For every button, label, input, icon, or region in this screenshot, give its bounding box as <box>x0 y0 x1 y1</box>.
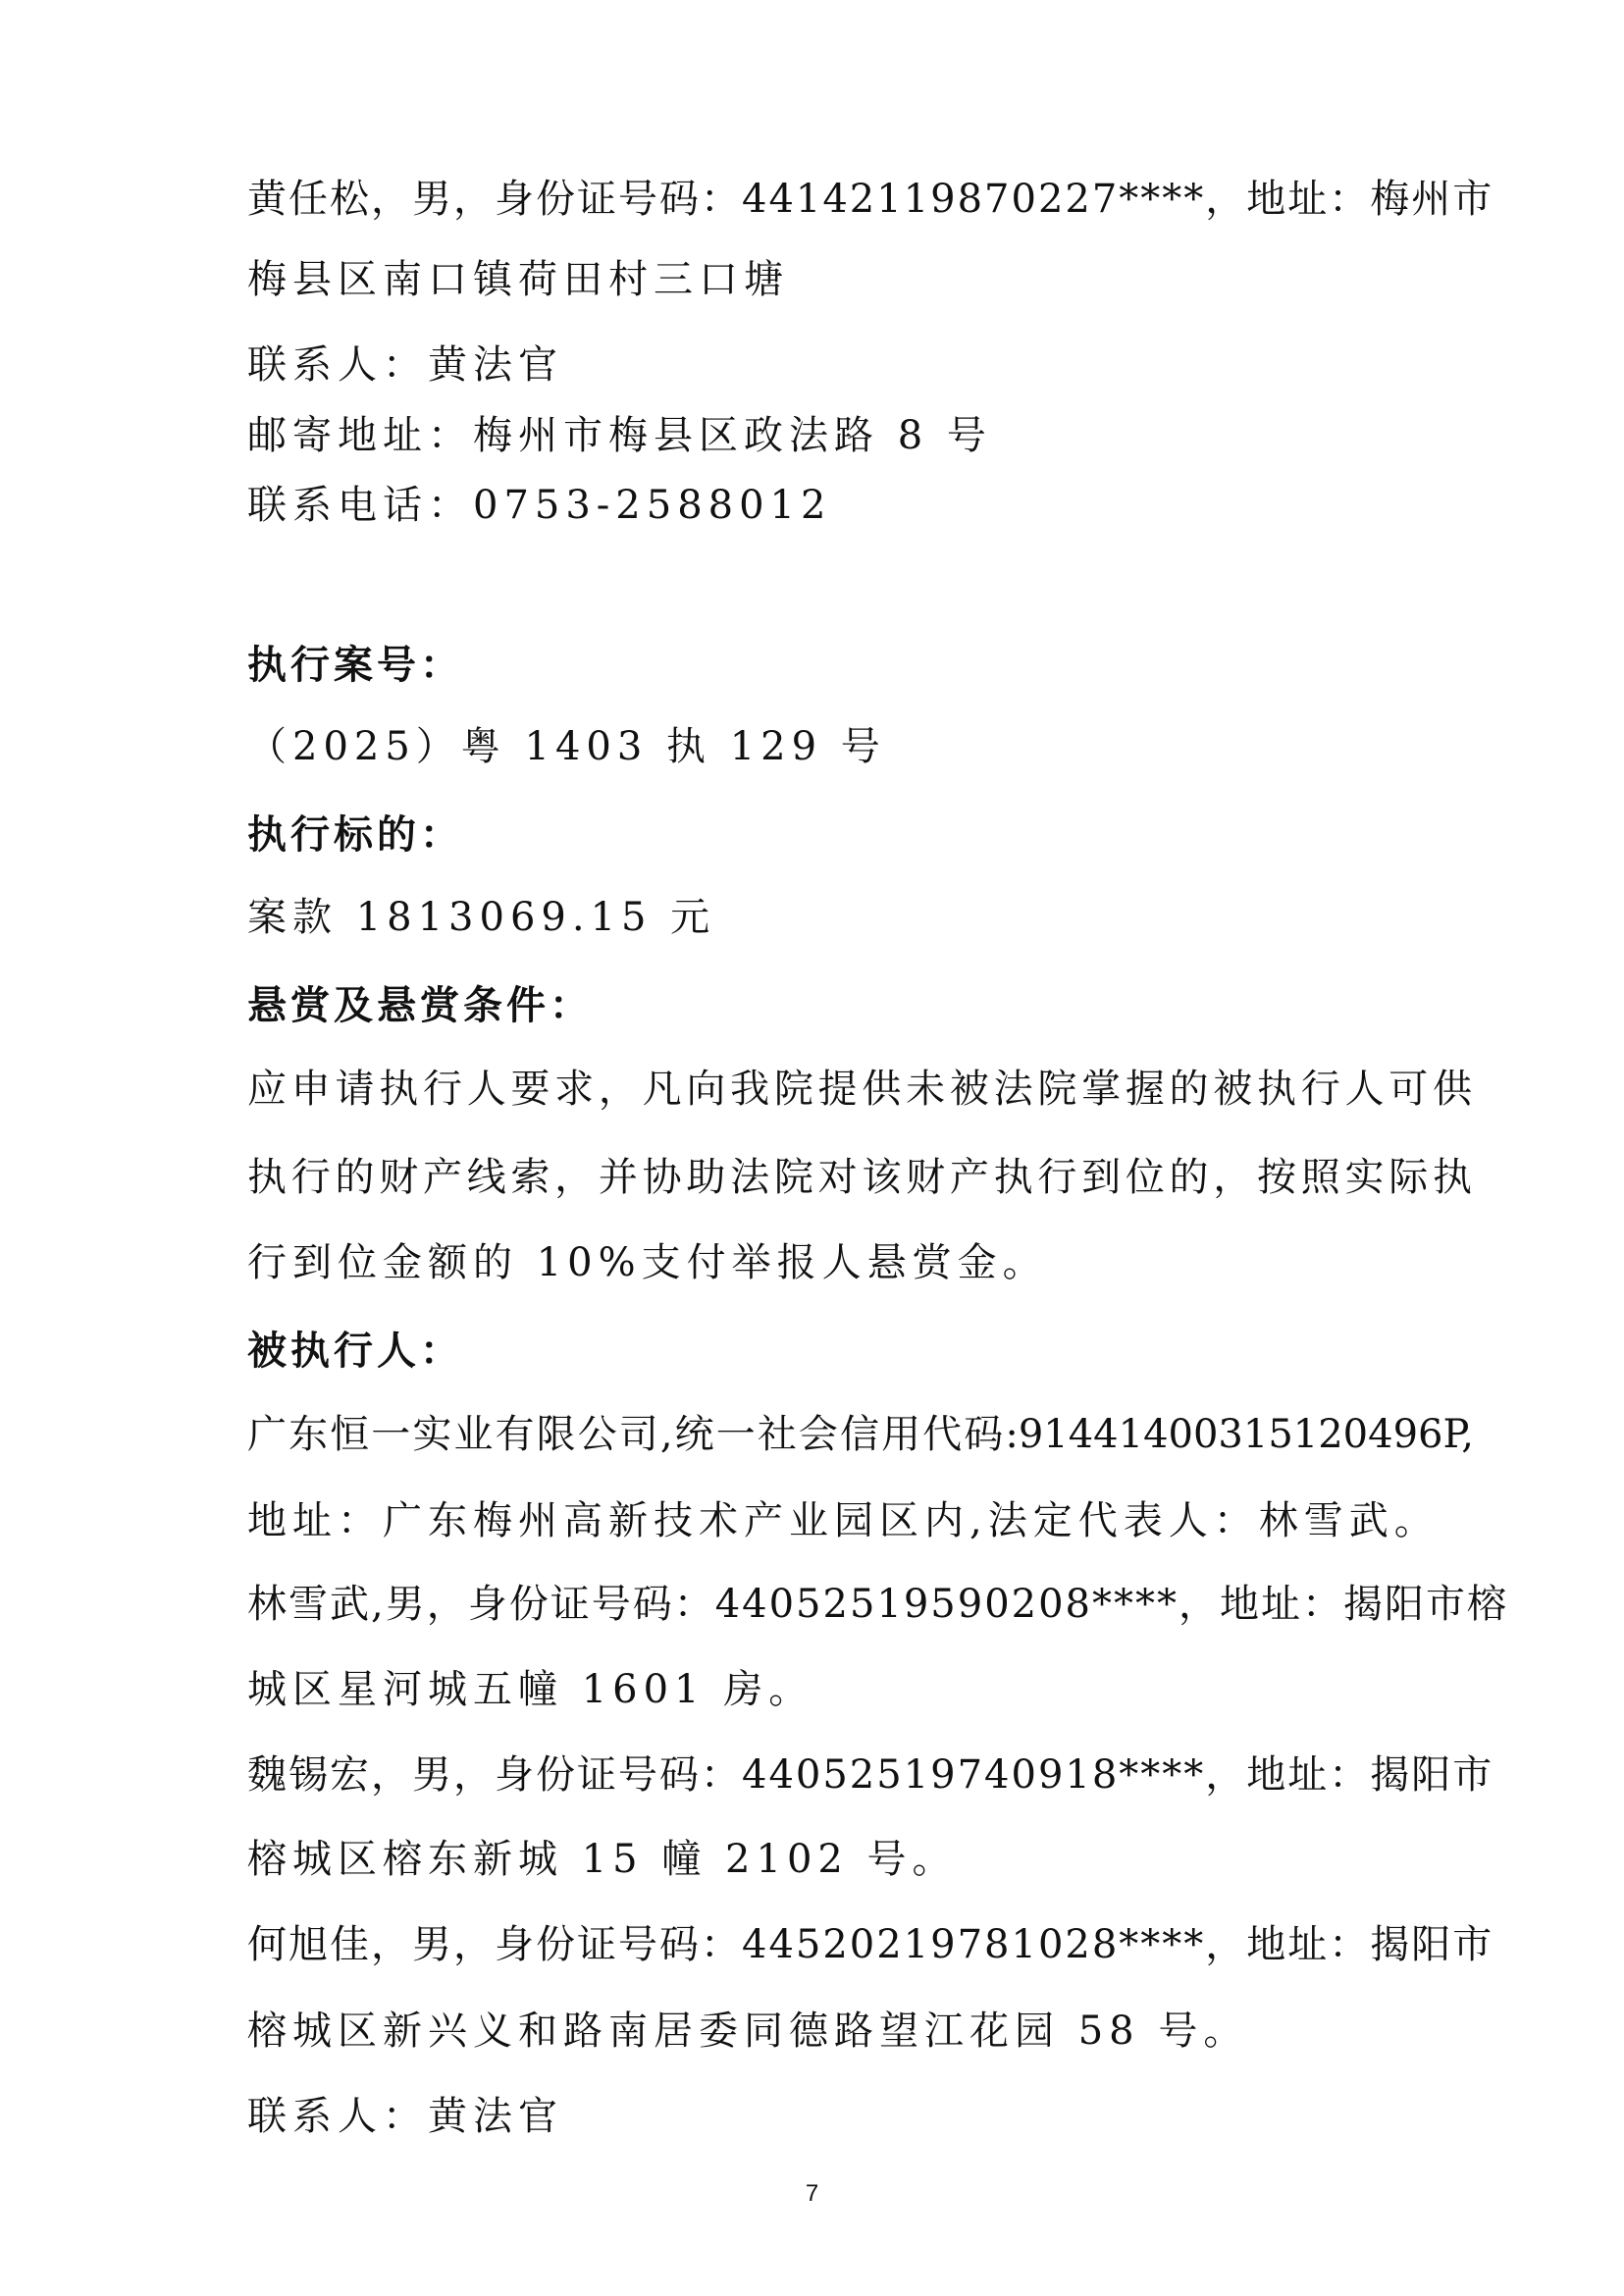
reward-line-3: 行到位金额的 10%支付举报人悬赏金。 <box>247 1239 1048 1286</box>
mailing-address: 邮寄地址：梅州市梅县区政法路 8 号 <box>247 412 992 459</box>
respondent-heading: 被执行人： <box>247 1328 463 1375</box>
respondent-company-line-1: 广东恒一实业有限公司,统一社会信用代码:91441400315120496P, <box>247 1411 1474 1458</box>
reward-heading: 悬赏及悬赏条件： <box>247 982 593 1029</box>
respondent-wei-line-2: 榕城区榕东新城 15 幢 2102 号。 <box>247 1836 958 1883</box>
respondent-huang-line-2: 梅县区南口镇荷田村三口塘 <box>247 256 789 303</box>
reward-line-2: 执行的财产线索，并协助法院对该财产执行到位的，按照实际执 <box>247 1154 1474 1201</box>
page-number: 7 <box>0 2180 1624 2208</box>
subject-amount: 案款 1813069.15 元 <box>247 894 715 941</box>
respondent-wei-line-1: 魏锡宏，男，身份证号码：44052519740918****，地址：揭阳市 <box>247 1751 1474 1799</box>
case-number-heading: 执行案号： <box>247 642 463 689</box>
subject-heading: 执行标的： <box>247 811 463 859</box>
contact-person: 联系人：黄法官 <box>247 341 563 389</box>
contact-phone: 联系电话：0753-2588012 <box>247 482 831 529</box>
reward-line-1: 应申请执行人要求，凡向我院提供未被法院掌握的被执行人可供 <box>247 1066 1474 1113</box>
respondent-he-line-1: 何旭佳，男，身份证号码：44520219781028****，地址：揭阳市 <box>247 1921 1474 1968</box>
respondent-huang-line-1: 黄任松，男，身份证号码：44142119870227****，地址：梅州市 <box>247 176 1474 223</box>
case-number: （2025）粤 1403 执 129 号 <box>247 723 886 770</box>
respondent-company-line-2: 地址：广东梅州高新技术产业园区内,法定代表人：林雪武。 <box>247 1497 1440 1544</box>
respondent-lin-line-1: 林雪武,男，身份证号码：44052519590208****，地址：揭阳市榕 <box>247 1581 1474 1628</box>
contact-person-bottom: 联系人：黄法官 <box>247 2093 563 2140</box>
respondent-he-line-2: 榕城区新兴义和路南居委同德路望江花园 58 号。 <box>247 2008 1248 2055</box>
respondent-lin-line-2: 城区星河城五幢 1601 房。 <box>247 1666 813 1713</box>
